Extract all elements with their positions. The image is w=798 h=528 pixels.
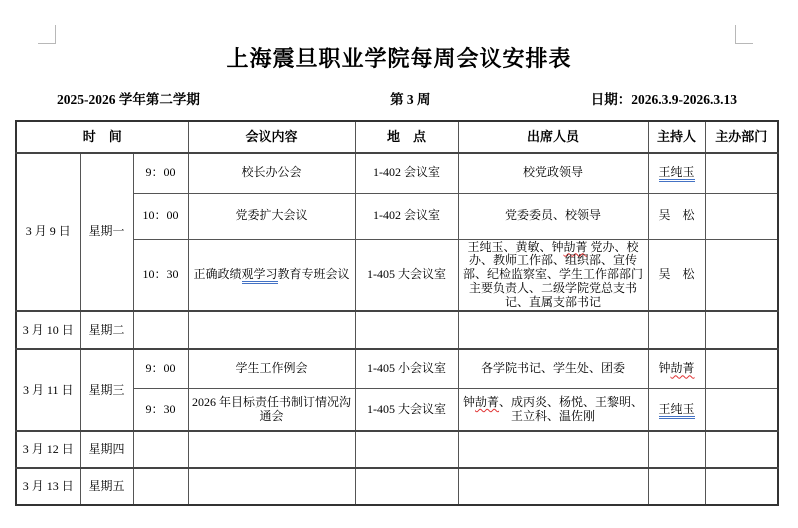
date-range-label: 日期：2026.3.9-2026.3.13 (591, 88, 737, 108)
schedule-row: 3 月 12 日 星期四 (16, 431, 778, 468)
host-cell: 王纯玉 (648, 388, 705, 431)
table-header-row: 时 间 会议内容 地 点 出席人员 主持人 主办部门 (16, 121, 778, 153)
schedule-row: 3 月 9 日 星期一 9：00 校长办公会 1-402 会议室 校党政领导 王… (16, 153, 778, 193)
attendees-cell: 钟劼菁、成丙炎、杨悦、王黎明、王立科、温佐刚 (458, 388, 648, 431)
attendees-cell (458, 468, 648, 505)
location-cell: 1-405 大会议室 (355, 239, 458, 311)
host-cell: 钟劼菁 (648, 349, 705, 388)
schedule-row: 3 月 11 日 星期三 9：00 学生工作例会 1-405 小会议室 各学院书… (16, 349, 778, 388)
location-cell: 1-402 会议室 (355, 193, 458, 239)
header-content: 会议内容 (188, 121, 355, 153)
header-attendees: 出席人员 (458, 121, 648, 153)
week-label: 第 3 周 (390, 88, 431, 108)
time-cell: 9：00 (133, 153, 188, 193)
schedule-row: 3 月 13 日 星期五 (16, 468, 778, 505)
host-name-grammar-mark: 王纯玉 (659, 165, 695, 182)
location-cell: 1-405 大会议室 (355, 388, 458, 431)
document-title: 上海震旦职业学院每周会议安排表 (0, 42, 798, 73)
attendees-cell: 党委委员、校领导 (458, 193, 648, 239)
weekday-cell: 星期四 (80, 431, 133, 468)
department-cell (705, 311, 778, 349)
meeting-schedule-table: 时 间 会议内容 地 点 出席人员 主持人 主办部门 3 月 9 日 星期一 9… (15, 120, 779, 506)
spellcheck-marked-text: 劼菁 (475, 395, 499, 409)
weekday-cell: 星期三 (80, 349, 133, 431)
meeting-content-cell: 2026 年目标责任书制订情况沟通会 (188, 388, 355, 431)
meeting-content-cell: 党委扩大会议 (188, 193, 355, 239)
location-cell (355, 311, 458, 349)
time-cell (133, 311, 188, 349)
schedule-row: 3 月 10 日 星期二 (16, 311, 778, 349)
grammar-marked-text: 观学习 (242, 267, 278, 284)
meeting-content-cell: 学生工作例会 (188, 349, 355, 388)
location-cell (355, 468, 458, 505)
department-cell (705, 349, 778, 388)
header-host: 主持人 (648, 121, 705, 153)
host-cell (648, 431, 705, 468)
time-cell: 10：00 (133, 193, 188, 239)
weekday-cell: 星期一 (80, 153, 133, 311)
spellcheck-marked-text: 劼菁 (564, 240, 588, 254)
department-cell (705, 193, 778, 239)
meeting-content-cell (188, 468, 355, 505)
meeting-content-cell: 正确政绩观学习教育专班会议 (188, 239, 355, 311)
date-cell: 3 月 12 日 (16, 431, 80, 468)
time-cell (133, 468, 188, 505)
host-cell (648, 468, 705, 505)
header-time: 时 间 (16, 121, 188, 153)
department-cell (705, 388, 778, 431)
location-cell (355, 431, 458, 468)
host-cell (648, 311, 705, 349)
host-cell: 吴 松 (648, 239, 705, 311)
date-cell: 3 月 9 日 (16, 153, 80, 311)
weekday-cell: 星期五 (80, 468, 133, 505)
location-cell: 1-402 会议室 (355, 153, 458, 193)
time-cell: 9：30 (133, 388, 188, 431)
attendees-cell (458, 311, 648, 349)
date-cell: 3 月 10 日 (16, 311, 80, 349)
host-cell: 王纯玉 (648, 153, 705, 193)
meeting-content-cell (188, 431, 355, 468)
department-cell (705, 153, 778, 193)
time-cell: 9：00 (133, 349, 188, 388)
time-cell (133, 431, 188, 468)
meeting-content-cell: 校长办公会 (188, 153, 355, 193)
header-department: 主办部门 (705, 121, 778, 153)
attendees-cell: 各学院书记、学生处、团委 (458, 349, 648, 388)
weekday-cell: 星期二 (80, 311, 133, 349)
semester-label: 2025-2026 学年第二学期 (57, 88, 200, 108)
department-cell (705, 239, 778, 311)
location-cell: 1-405 小会议室 (355, 349, 458, 388)
department-cell (705, 468, 778, 505)
host-name-grammar-mark: 王纯玉 (659, 402, 695, 419)
attendees-cell: 王纯玉、黄敏、钟劼菁 党办、校办、教师工作部、组织部、宣传部、纪检监察室、学生工… (458, 239, 648, 311)
meeting-content-cell (188, 311, 355, 349)
attendees-cell: 校党政领导 (458, 153, 648, 193)
department-cell (705, 431, 778, 468)
document-subheader: 2025-2026 学年第二学期 第 3 周 日期：2026.3.9-2026.… (57, 88, 737, 108)
spellcheck-marked-text: 劼菁 (671, 361, 695, 375)
date-cell: 3 月 11 日 (16, 349, 80, 431)
attendees-cell (458, 431, 648, 468)
time-cell: 10：30 (133, 239, 188, 311)
date-cell: 3 月 13 日 (16, 468, 80, 505)
host-cell: 吴 松 (648, 193, 705, 239)
header-location: 地 点 (355, 121, 458, 153)
